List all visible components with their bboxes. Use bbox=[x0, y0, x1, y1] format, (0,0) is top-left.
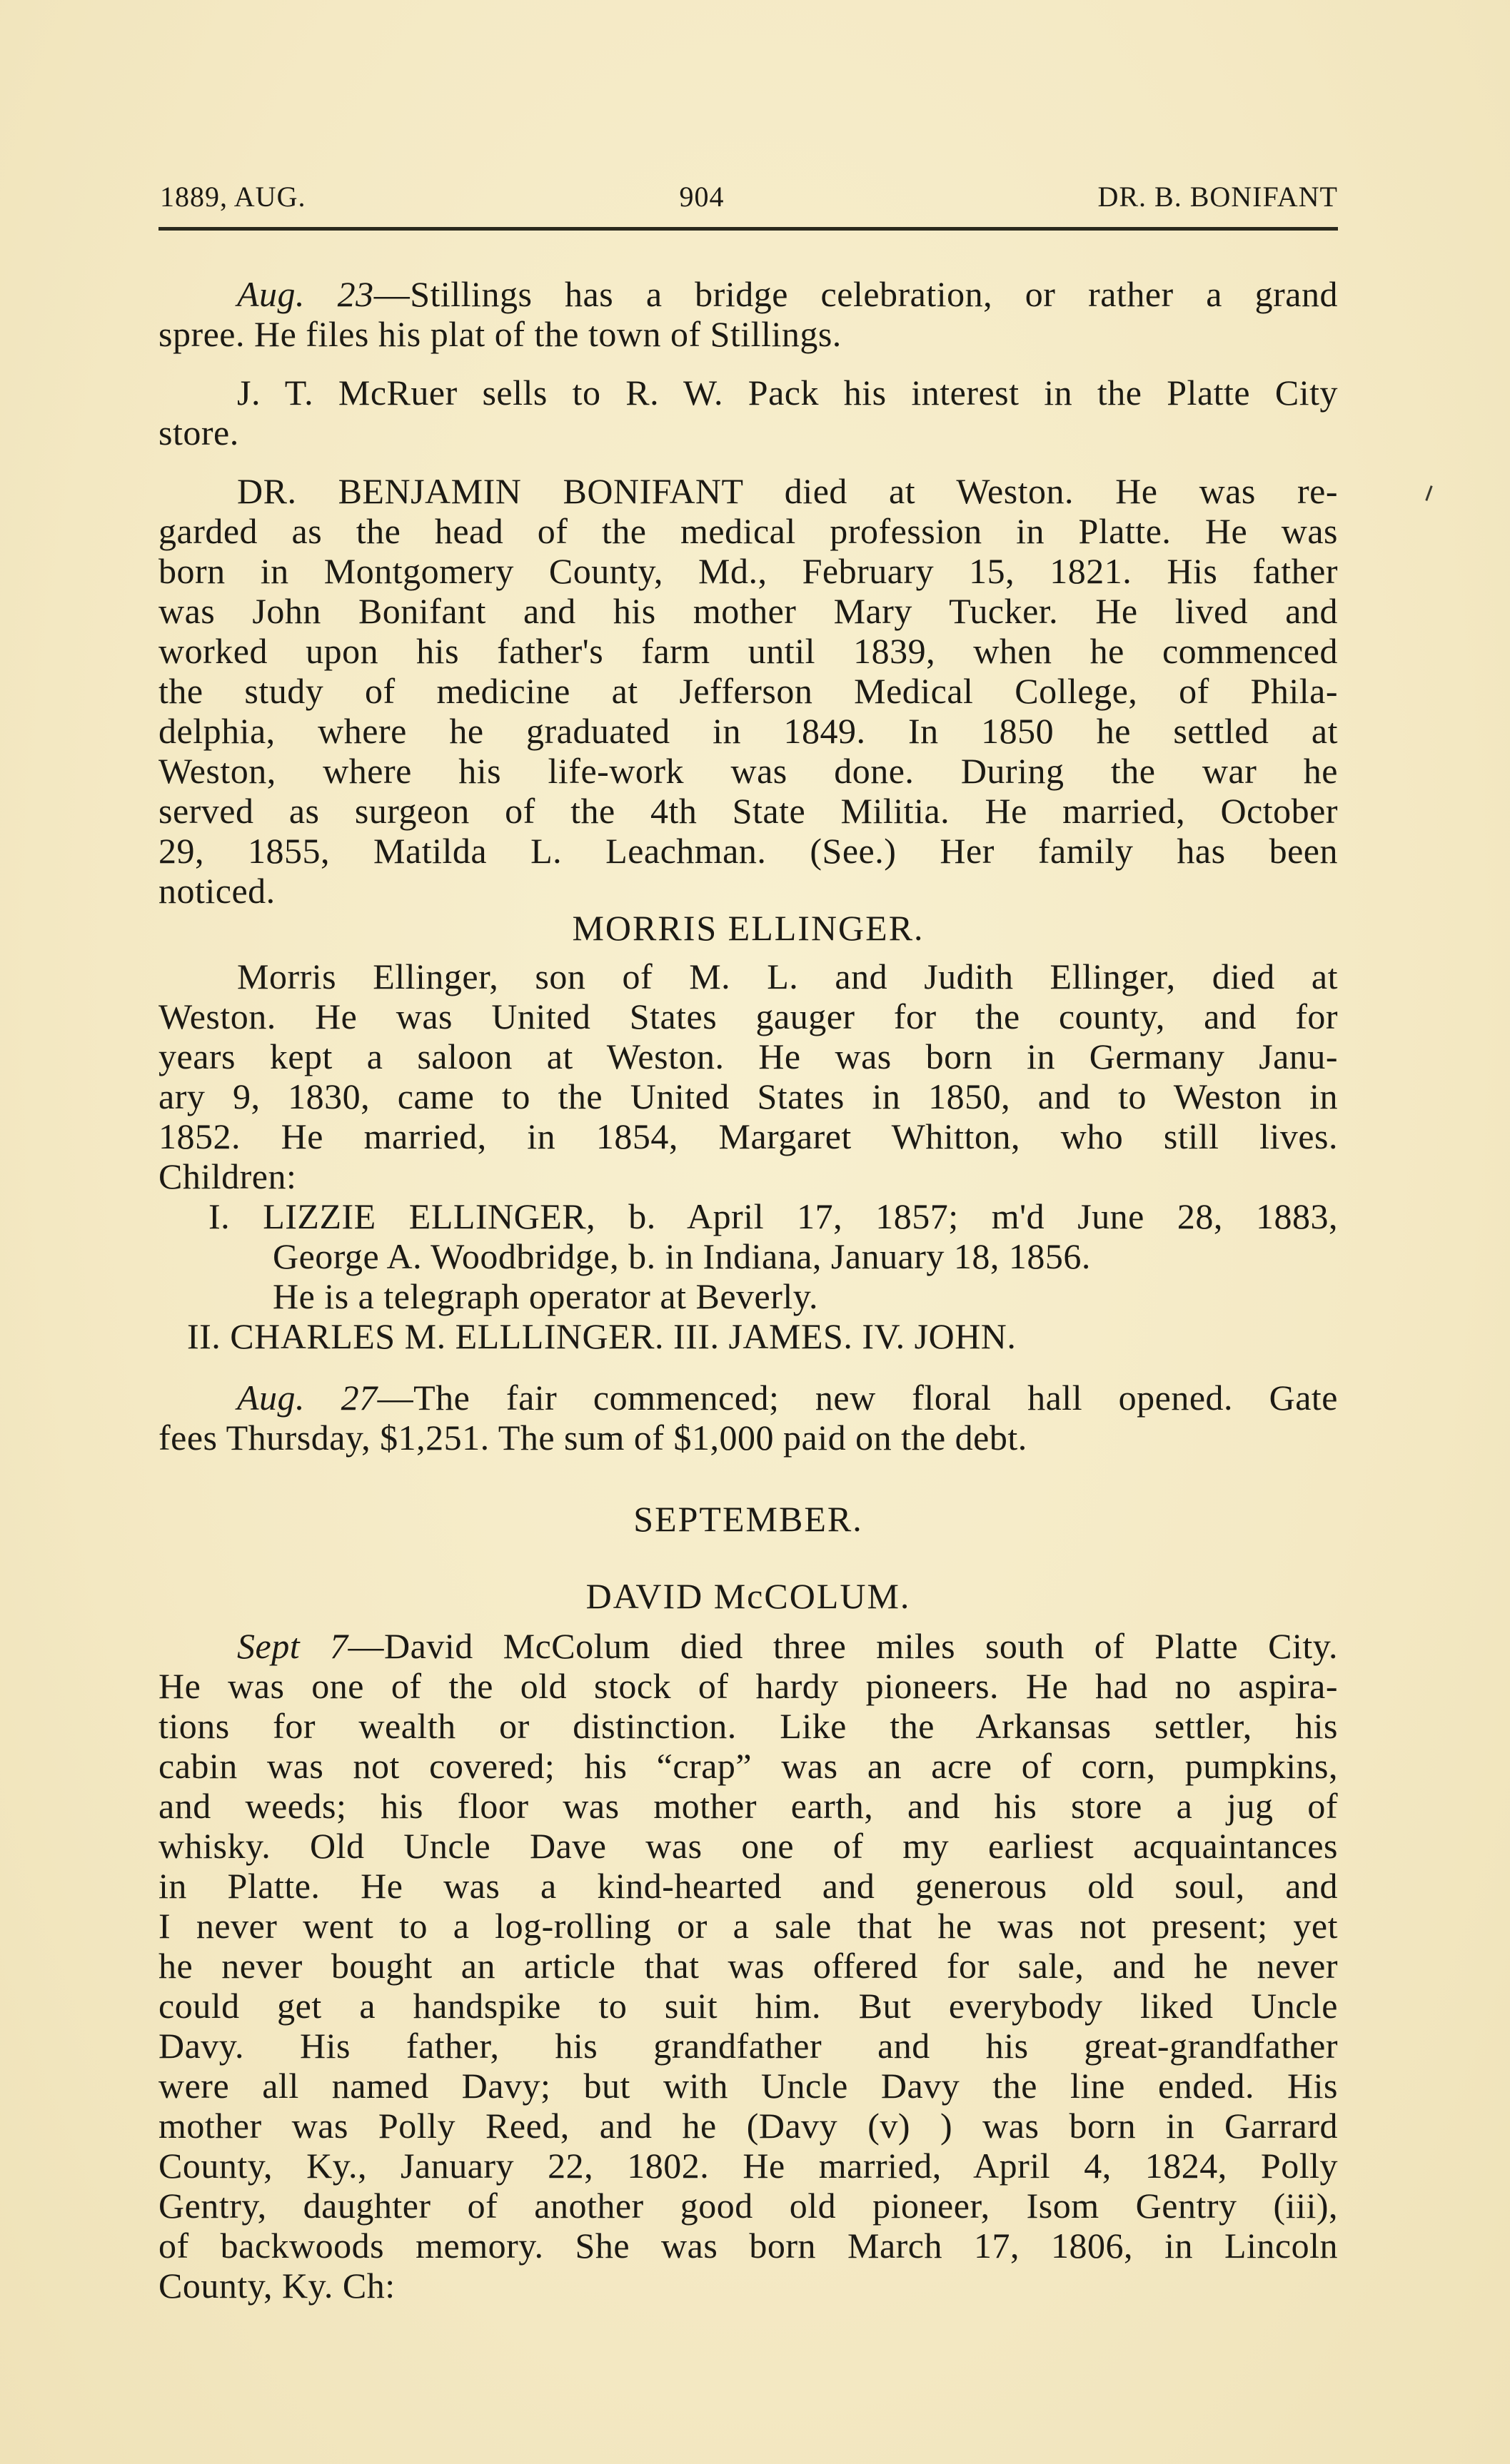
paragraph-line: in Platte. He was a kind-hearted and gen… bbox=[158, 1866, 1338, 1906]
entry-ellinger: MORRIS ELLINGER. Morris Ellinger, son of… bbox=[158, 908, 1338, 1356]
paragraph-line: ary 9, 1830, came to the United States i… bbox=[158, 1076, 1338, 1116]
page-number: 904 bbox=[679, 180, 724, 213]
paragraph-line: County, Ky., January 22, 1802. He marrie… bbox=[158, 2146, 1338, 2186]
month-heading: SEPTEMBER. bbox=[158, 1499, 1338, 1539]
paragraph-line: J. T. McRuer sells to R. W. Pack his int… bbox=[158, 373, 1338, 413]
paragraph-line: and weeds; his floor was mother earth, a… bbox=[158, 1786, 1338, 1826]
paragraph-line: of backwoods memory. She was born March … bbox=[158, 2226, 1338, 2266]
entry-bonifant: DR. BENJAMIN BONIFANT died at Weston. He… bbox=[158, 471, 1338, 911]
paragraph-line: worked upon his father's farm until 1839… bbox=[158, 631, 1338, 671]
paragraph-line: Gentry, daughter of another good old pio… bbox=[158, 2186, 1338, 2226]
paragraph-line: was John Bonifant and his mother Mary Tu… bbox=[158, 591, 1338, 631]
paragraph-line: he never bought an article that was offe… bbox=[158, 1946, 1338, 1986]
entry-date: Aug. 23 bbox=[237, 274, 374, 314]
paragraph-line: Aug. 23—Stillings has a bridge celebrati… bbox=[158, 274, 1338, 314]
child-entry: I. LIZZIE ELLINGER, b. April 17, 1857; m… bbox=[158, 1196, 1338, 1236]
paragraph-line: served as surgeon of the 4th State Milit… bbox=[158, 791, 1338, 831]
paragraph-line: County, Ky. Ch: bbox=[158, 2266, 1338, 2306]
paragraph-line: born in Montgomery County, Md., February… bbox=[158, 551, 1338, 591]
paragraph-line: Morris Ellinger, son of M. L. and Judith… bbox=[158, 956, 1338, 996]
paragraph-line: could get a handspike to suit him. But e… bbox=[158, 1986, 1338, 2026]
paragraph-line: Weston, where his life-work was done. Du… bbox=[158, 751, 1338, 791]
entry-aug-23: Aug. 23—Stillings has a bridge celebrati… bbox=[158, 274, 1338, 354]
paragraph-line: Davy. His father, his grandfather and hi… bbox=[158, 2026, 1338, 2066]
margin-pencil-mark bbox=[1425, 485, 1432, 501]
paragraph-line: Aug. 27—The fair commenced; new floral h… bbox=[158, 1378, 1338, 1418]
paragraph-line: Weston. He was United States gauger for … bbox=[158, 996, 1338, 1036]
header-rule bbox=[158, 227, 1338, 231]
entry-mcruer: J. T. McRuer sells to R. W. Pack his int… bbox=[158, 373, 1338, 453]
paragraph-line: spree. He files his plat of the town of … bbox=[158, 314, 1338, 354]
paragraph-line: fees Thursday, $1,251. The sum of $1,000… bbox=[158, 1418, 1338, 1458]
entry-date: Sept 7 bbox=[237, 1626, 348, 1666]
entry-aug-27: Aug. 27—The fair commenced; new floral h… bbox=[158, 1378, 1338, 1458]
entry-mccolum: DAVID McCOLUM. Sept 7—David McColum died… bbox=[158, 1576, 1338, 2306]
running-header: 1889, AUG. 904 DR. B. BONIFANT bbox=[160, 180, 1338, 213]
paragraph-line: cabin was not covered; his “crap” was an… bbox=[158, 1746, 1338, 1786]
book-page: 1889, AUG. 904 DR. B. BONIFANT Aug. 23—S… bbox=[0, 0, 1510, 2464]
month-heading-block: SEPTEMBER. bbox=[158, 1499, 1338, 1539]
paragraph-line: tions for wealth or distinction. Like th… bbox=[158, 1706, 1338, 1746]
child-entry: II. CHARLES M. ELLLINGER. III. JAMES. IV… bbox=[158, 1316, 1338, 1356]
header-date: 1889, AUG. bbox=[160, 180, 306, 213]
paragraph-line: were all named Davy; but with Uncle Davy… bbox=[158, 2066, 1338, 2106]
entry-date: Aug. 27 bbox=[237, 1378, 378, 1418]
paragraph-line: garded as the head of the medical profes… bbox=[158, 511, 1338, 551]
paragraph-line: mother was Polly Reed, and he (Davy (v) … bbox=[158, 2106, 1338, 2146]
paragraph-line: whisky. Old Uncle Dave was one of my ear… bbox=[158, 1826, 1338, 1866]
paragraph-line: Sept 7—David McColum died three miles so… bbox=[158, 1626, 1338, 1666]
section-heading: DAVID McCOLUM. bbox=[158, 1576, 1338, 1616]
paragraph-line: delphia, where he graduated in 1849. In … bbox=[158, 711, 1338, 751]
child-entry: He is a telegraph operator at Beverly. bbox=[158, 1276, 1338, 1316]
paragraph-line: store. bbox=[158, 413, 1338, 453]
section-heading: MORRIS ELLINGER. bbox=[158, 908, 1338, 948]
paragraph-line: 1852. He married, in 1854, Margaret Whit… bbox=[158, 1116, 1338, 1156]
paragraph-line: noticed. bbox=[158, 871, 1338, 911]
header-title: DR. B. BONIFANT bbox=[1097, 180, 1338, 213]
paragraph-line: the study of medicine at Jefferson Medic… bbox=[158, 671, 1338, 711]
paragraph-line: He was one of the old stock of hardy pio… bbox=[158, 1666, 1338, 1706]
paragraph-line: DR. BENJAMIN BONIFANT died at Weston. He… bbox=[158, 471, 1338, 511]
paragraph-line: Children: bbox=[158, 1156, 1338, 1196]
paragraph-line: 29, 1855, Matilda L. Leachman. (See.) He… bbox=[158, 831, 1338, 871]
paragraph-line: I never went to a log-rolling or a sale … bbox=[158, 1906, 1338, 1946]
child-entry: George A. Woodbridge, b. in Indiana, Jan… bbox=[158, 1236, 1338, 1276]
paragraph-line: years kept a saloon at Weston. He was bo… bbox=[158, 1036, 1338, 1076]
